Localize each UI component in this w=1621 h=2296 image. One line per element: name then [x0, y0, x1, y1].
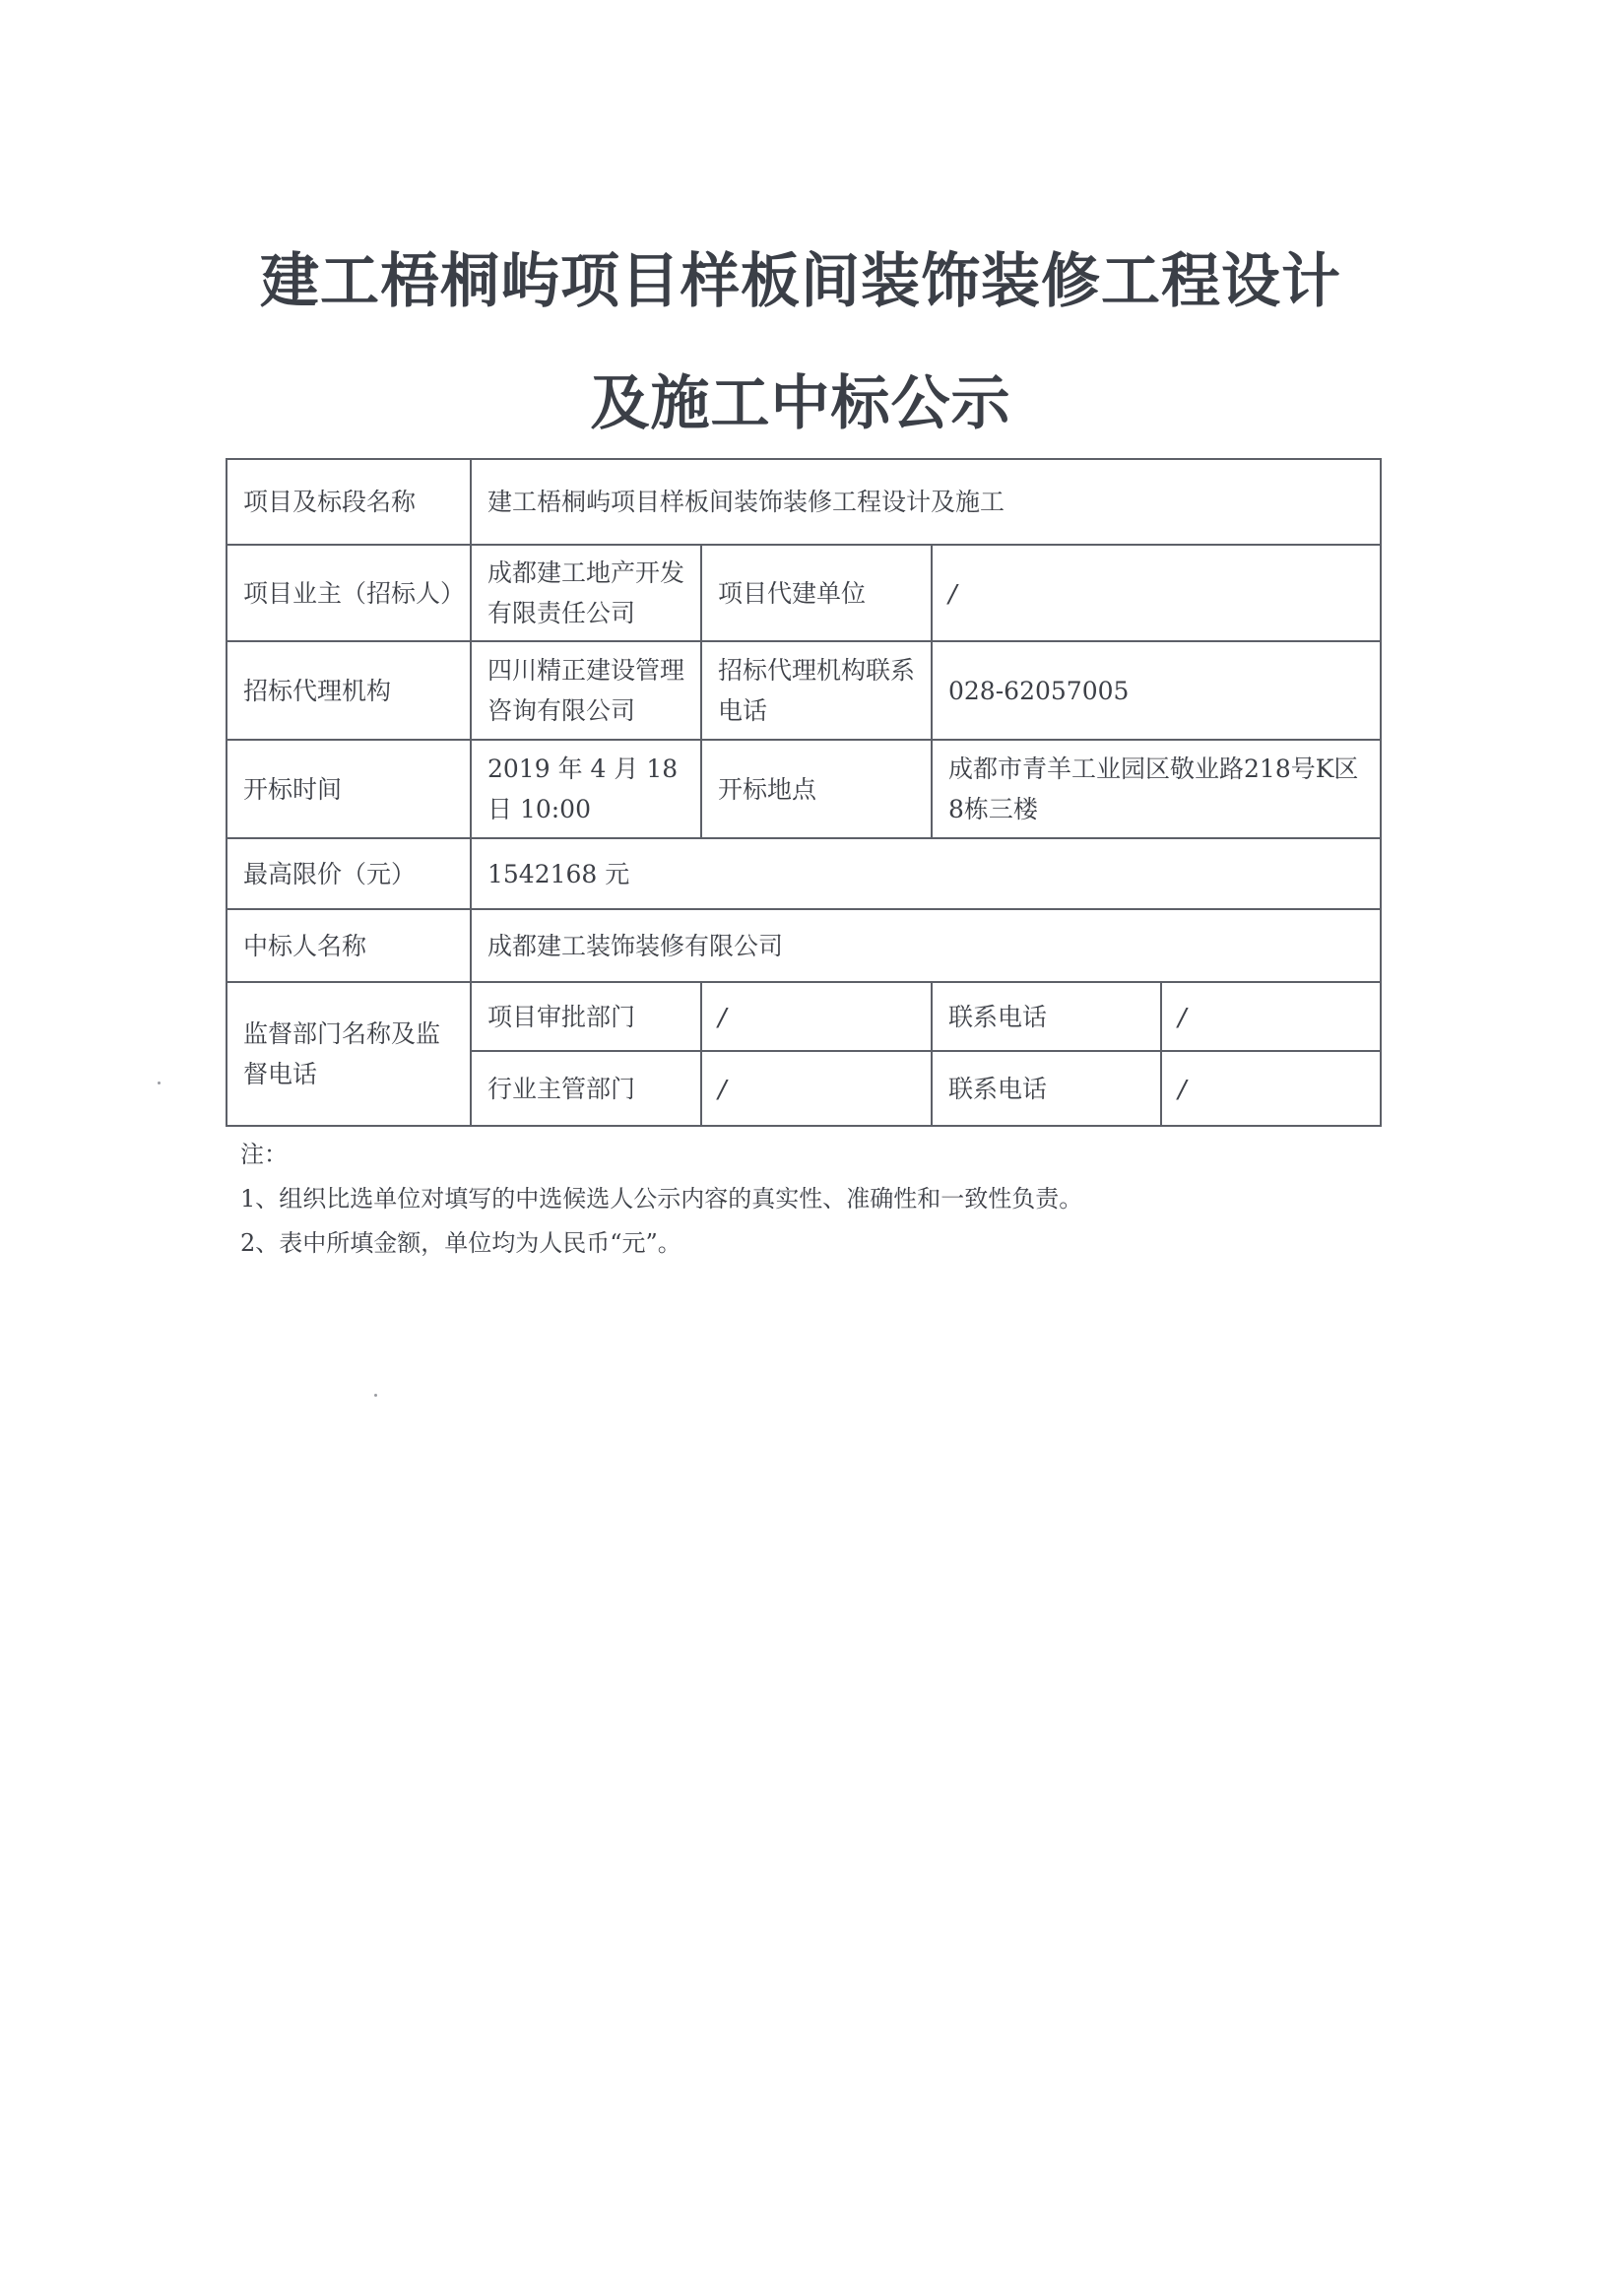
table-row-max-price: 最高限价（元） 1542168 元 — [227, 838, 1381, 909]
winner-value: 成都建工装饰装修有限公司 — [471, 909, 1381, 982]
owner-label: 项目业主（招标人） — [227, 545, 471, 641]
document-title-line-1: 建工梧桐屿项目样板间装饰装修工程设计 — [0, 234, 1611, 319]
owner-value: 成都建工地产开发有限责任公司 — [471, 545, 701, 641]
notes-heading: 注： — [240, 1133, 1082, 1177]
open-time-label: 开标时间 — [227, 740, 471, 838]
max-price-value: 1542168 元 — [471, 838, 1381, 909]
table-row-agency: 招标代理机构 四川精正建设管理咨询有限公司 招标代理机构联系电话 028-620… — [227, 641, 1381, 740]
table-row-winner: 中标人名称 成都建工装饰装修有限公司 — [227, 909, 1381, 982]
winner-label: 中标人名称 — [227, 909, 471, 982]
open-place-value: 成都市青羊工业园区敬业路218号K区8栋三楼 — [932, 740, 1381, 838]
document-title-line-2: 及施工中标公示 — [0, 357, 1611, 441]
industry-dept-value: / — [701, 1051, 932, 1126]
note-item-2: 2、表中所填金额，单位均为人民币“元”。 — [240, 1221, 1082, 1266]
open-place-label: 开标地点 — [701, 740, 932, 838]
table-row-supervision-1: 监督部门名称及监督电话 项目审批部门 / 联系电话 / — [227, 982, 1381, 1051]
approval-dept-label: 项目审批部门 — [471, 982, 701, 1051]
approval-phone-value: / — [1161, 982, 1381, 1051]
supervision-label: 监督部门名称及监督电话 — [227, 982, 471, 1126]
agency-value: 四川精正建设管理咨询有限公司 — [471, 641, 701, 740]
approval-dept-value: / — [701, 982, 932, 1051]
table-row-project-name: 项目及标段名称 建工梧桐屿项目样板间装饰装修工程设计及施工 — [227, 459, 1381, 545]
note-item-1: 1、组织比选单位对填写的中选候选人公示内容的真实性、准确性和一致性负责。 — [240, 1177, 1082, 1221]
table-row-opening: 开标时间 2019 年 4 月 18 日 10:00 开标地点 成都市青羊工业园… — [227, 740, 1381, 838]
award-announcement-table: 项目及标段名称 建工梧桐屿项目样板间装饰装修工程设计及施工 项目业主（招标人） … — [226, 458, 1382, 1127]
notes-section: 注： 1、组织比选单位对填写的中选候选人公示内容的真实性、准确性和一致性负责。 … — [240, 1133, 1082, 1266]
approval-phone-label: 联系电话 — [932, 982, 1161, 1051]
scan-speck — [158, 1082, 161, 1084]
project-name-value: 建工梧桐屿项目样板间装饰装修工程设计及施工 — [471, 459, 1381, 545]
agency-phone-label: 招标代理机构联系电话 — [701, 641, 932, 740]
industry-phone-label: 联系电话 — [932, 1051, 1161, 1126]
agency-phone-value: 028-62057005 — [932, 641, 1381, 740]
project-name-label: 项目及标段名称 — [227, 459, 471, 545]
table-row-owner: 项目业主（招标人） 成都建工地产开发有限责任公司 项目代建单位 / — [227, 545, 1381, 641]
agent-builder-label: 项目代建单位 — [701, 545, 932, 641]
industry-dept-label: 行业主管部门 — [471, 1051, 701, 1126]
industry-phone-value: / — [1161, 1051, 1381, 1126]
max-price-label: 最高限价（元） — [227, 838, 471, 909]
scan-speck — [374, 1394, 377, 1397]
agency-label: 招标代理机构 — [227, 641, 471, 740]
open-time-value: 2019 年 4 月 18 日 10:00 — [471, 740, 701, 838]
agent-builder-value: / — [932, 545, 1381, 641]
